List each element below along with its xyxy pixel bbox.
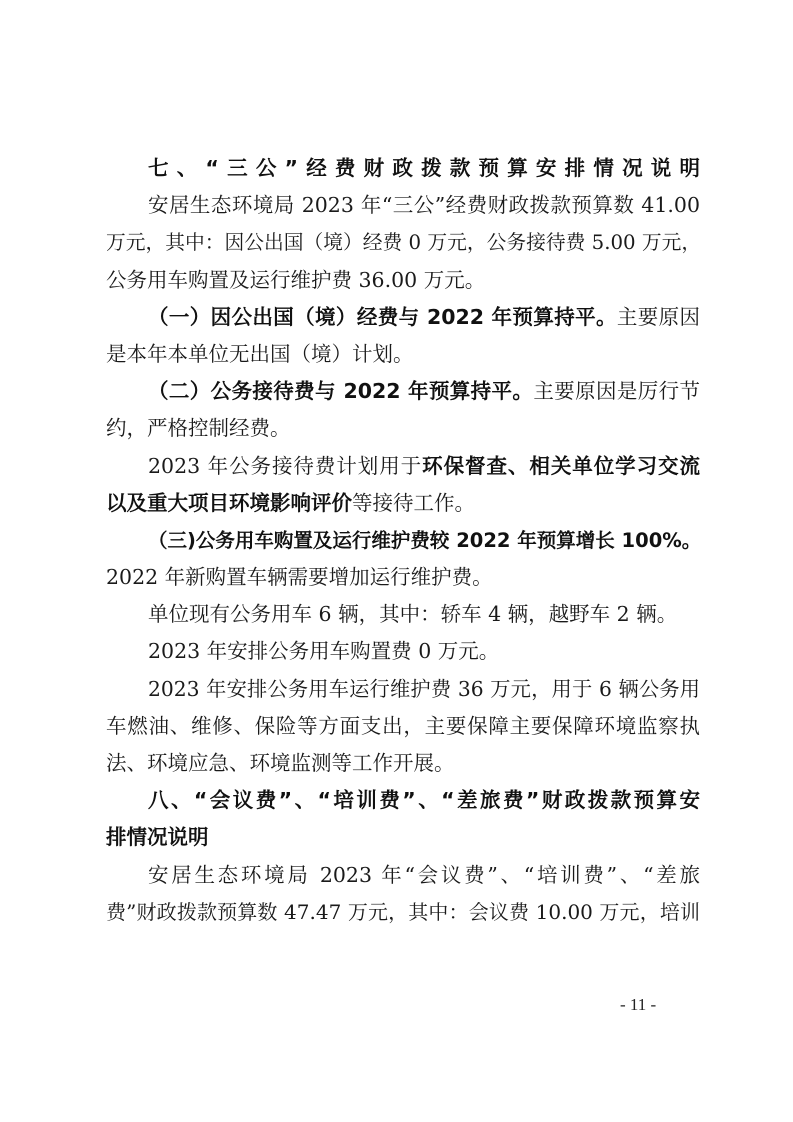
subsection-two-line: （二）公务接待费与 2022 年预算持平。主要原因是厉行节	[106, 373, 700, 410]
paragraph-line: 2022 年新购置车辆需要增加运行维护费。	[106, 559, 700, 596]
paragraph-line: 约，严格控制经费。	[106, 410, 700, 447]
paragraph-text: 2023 年公务接待费计划用于	[148, 454, 422, 478]
paragraph-line: 车燃油、维修、保险等方面支出，主要保障主要保障环境监察执	[106, 708, 700, 745]
paragraph-line: 2023 年公务接待费计划用于环保督查、相关单位学习交流	[106, 448, 700, 485]
section-heading-eight-cont: 排情况说明	[106, 819, 700, 856]
page-number: - 11 -	[620, 995, 656, 1015]
paragraph-text: 主要原因	[617, 305, 700, 329]
paragraph-line: 2023 年安排公务用车购置费 0 万元。	[106, 633, 700, 670]
paragraph-line: 万元，其中：因公出国（境）经费 0 万元，公务接待费 5.00 万元，	[106, 224, 700, 261]
emphasis-text: 以及重大项目环境影响评价	[106, 491, 352, 515]
section-heading-eight: 八、“会议费”、“培训费”、“差旅费”财政拨款预算安	[106, 782, 700, 819]
paragraph-line: 安居生态环境局 2023 年“会议费”、“培训费”、“差旅	[106, 857, 700, 894]
subsection-one-title: （一）因公出国（境）经费与 2022 年预算持平。	[148, 305, 617, 329]
paragraph-line: 安居生态环境局 2023 年“三公”经费财政拨款预算数 41.00	[106, 187, 700, 224]
subsection-three-title: （三)公务用车购置及运行维护费较 2022 年预算增长 100%。	[106, 522, 700, 559]
paragraph-line: 以及重大项目环境影响评价等接待工作。	[106, 485, 700, 522]
paragraph-text: 主要原因是厉行节	[533, 379, 700, 403]
document-page: 七、“三公”经费财政拨款预算安排情况说明 安居生态环境局 2023 年“三公”经…	[0, 0, 793, 1122]
paragraph-line: 公务用车购置及运行维护费 36.00 万元。	[106, 262, 700, 299]
paragraph-line: 单位现有公务用车 6 辆，其中：轿车 4 辆，越野车 2 辆。	[106, 596, 700, 633]
subsection-one-line: （一）因公出国（境）经费与 2022 年预算持平。主要原因	[106, 299, 700, 336]
section-heading-seven: 七、“三公”经费财政拨款预算安排情况说明	[106, 150, 700, 187]
paragraph-line: 法、环境应急、环境监测等工作开展。	[106, 745, 700, 782]
paragraph-line: 费”财政拨款预算数 47.47 万元，其中：会议费 10.00 万元，培训	[106, 894, 700, 931]
subsection-two-title: （二）公务接待费与 2022 年预算持平。	[148, 379, 533, 403]
emphasis-text: 环保督查、相关单位学习交流	[422, 454, 700, 478]
paragraph-line: 2023 年安排公务用车运行维护费 36 万元，用于 6 辆公务用	[106, 671, 700, 708]
document-body: 七、“三公”经费财政拨款预算安排情况说明 安居生态环境局 2023 年“三公”经…	[106, 150, 700, 931]
paragraph-text: 等接待工作。	[352, 491, 475, 515]
paragraph-line: 是本年本单位无出国（境）计划。	[106, 336, 700, 373]
